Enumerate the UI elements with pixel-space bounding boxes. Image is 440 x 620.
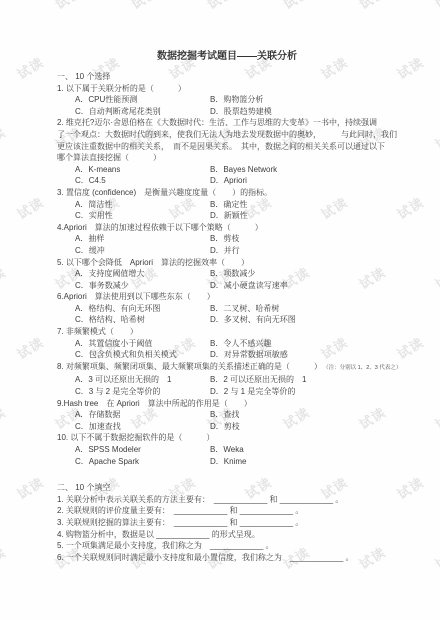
question-stem: 10. 以下不属于数据挖掘软件的是（ ） (57, 432, 397, 444)
option-row: C．实用性 D．新颖性 (57, 210, 397, 222)
question-stem: 更应该注重数据中的相关关系， 而不是因果关系。 其中，数据之间的相关关系可以通过… (57, 141, 397, 153)
watermark-text: 试读 (0, 542, 9, 573)
option-d: D．对异常数据项敏感 (210, 349, 397, 361)
watermark-text: 试读 (13, 192, 47, 223)
option-b: B．购物篮分析 (210, 94, 397, 106)
question-9: 9.Hash tree 在 Apriori 算法中所起的作用是（ ） A．存储数… (57, 398, 397, 433)
option-row: A．K-means B．Bayes Network (57, 164, 397, 176)
question-stem: 7. 非频繁模式（ ） (57, 326, 397, 338)
option-row: A．格结构、有向无环图 B．二叉树、哈希树 (57, 303, 397, 315)
option-b: B．项数减少 (210, 268, 397, 280)
question-3: 3. 置信度 (confidence) 是衡量兴趣度度量（ ）的指标。 A．简洁… (57, 187, 397, 222)
option-row: A．支持度阈值增大 B．项数减少 (57, 268, 397, 280)
fill-item-6: 6. 一个关联规则同时满足最小支持度和最小置信度，我们称之为 _________… (57, 552, 397, 564)
question-stem: 1. 以下属于关联分析的是（ ） (57, 83, 397, 95)
question-4: 4.Apriori 算法的加速过程依赖于以下哪个策略（ ） A．抽样 B．剪枝 … (57, 222, 397, 257)
question-2: 2. 维克托?迈尔·舍恩伯格在《大数据时代：生活、工作与思维的大变革》一书中，持… (57, 117, 397, 187)
watermark-text: 试读 (355, 0, 389, 13)
option-row: A．抽样 B．剪枝 (57, 233, 397, 245)
watermark-text: 试读 (203, 0, 237, 13)
option-a: A．简洁性 (75, 199, 210, 211)
watermark-text: 试读 (431, 122, 440, 153)
option-b: B．令人不感兴趣 (210, 338, 397, 350)
question-stem: 9.Hash tree 在 Apriori 算法中所起的作用是（ ） (57, 398, 397, 410)
option-d: D．多叉树、有向无环图 (210, 314, 397, 326)
section-heading-blank: 二、 10 个填空 (57, 482, 397, 494)
question-stem: 6.Apriori 算法使用到以下哪些东东（ ） (57, 291, 397, 303)
option-c: C．缓冲 (75, 245, 210, 257)
question-6: 6.Apriori 算法使用到以下哪些东东（ ） A．格结构、有向无环图 B．二… (57, 291, 397, 326)
option-row: C．事务数减少 D．减小硬盘读写速率 (57, 280, 397, 292)
option-d: D．Knime (210, 456, 397, 468)
watermark-text: 试读 (431, 542, 440, 573)
watermark-text: 试读 (393, 332, 427, 363)
option-b: B．Bayes Network (210, 164, 397, 176)
option-b: B．剪枝 (210, 233, 397, 245)
option-b: B．查找 (210, 409, 397, 421)
option-row: C．包含负模式和负相关模式 D．对异常数据项敏感 (57, 349, 397, 361)
fill-item-5: 5. 一个项集满足最小支持度，我们称之为 ____________ 。 (57, 540, 397, 552)
option-c: C．Apache Spark (75, 456, 210, 468)
option-a: A．支持度阈值增大 (75, 268, 210, 280)
option-d: D．股票趋势建模 (210, 106, 397, 118)
watermark-text: 试读 (0, 262, 9, 293)
option-c: C．C4.5 (75, 175, 210, 187)
question-stem: 4.Apriori 算法的加速过程依赖于以下哪个策略（ ） (57, 222, 397, 234)
watermark-text: 试读 (0, 122, 9, 153)
option-row: A．简洁性 B．确定性 (57, 199, 397, 211)
question-5: 5. 以下哪个会降低 Apriori 算法的挖掘效率（ ） A．支持度阈值增大 … (57, 257, 397, 292)
option-row: A．CPU性能预测 B．购物篮分析 (57, 94, 397, 106)
watermark-text: 试读 (279, 0, 313, 13)
question-note: （注：分别以 1、2、3 代表之） (326, 365, 401, 371)
question-stem: 3. 置信度 (confidence) 是衡量兴趣度度量（ ）的指标。 (57, 187, 397, 199)
question-stem: 哪个算法直接挖掘（ ） (57, 152, 397, 164)
option-c: C．自动判断鸢尾花类别 (75, 106, 210, 118)
option-b: B．2 可以还原出无损的 1 (210, 374, 397, 386)
option-d: D．新颖性 (210, 210, 397, 222)
option-row: C．自动判断鸢尾花类别 D．股票趋势建模 (57, 106, 397, 118)
option-c: C．包含负模式和负相关模式 (75, 349, 210, 361)
watermark-text: 试读 (393, 52, 427, 83)
option-row: A．SPSS Modeler B．Weka (57, 444, 397, 456)
option-a: A．SPSS Modeler (75, 444, 210, 456)
fill-item-3: 3. 关联规则挖掘的算法主要有： ____________ 和 ________… (57, 517, 397, 529)
question-7: 7. 非频繁模式（ ） A．其置信度小于阈值 B．令人不感兴趣 C．包含负模式和… (57, 326, 397, 361)
watermark-text: 试读 (431, 262, 440, 293)
watermark-text: 试读 (127, 0, 161, 13)
watermark-text: 试读 (13, 332, 47, 363)
watermark-text: 试读 (0, 402, 9, 433)
option-row: C．3 与 2 是完全等价的 D．2 与 1 是完全等价的 (57, 386, 397, 398)
option-a: A．存储数据 (75, 409, 210, 421)
section-heading-choice: 一、 10 个选择 (57, 71, 397, 83)
option-a: A．格结构、有向无环图 (75, 303, 210, 315)
question-1: 1. 以下属于关联分析的是（ ） A．CPU性能预测 B．购物篮分析 C．自动判… (57, 83, 397, 118)
option-row: A．其置信度小于阈值 B．令人不感兴趣 (57, 338, 397, 350)
option-c: C．事务数减少 (75, 280, 210, 292)
option-b: B．Weka (210, 444, 397, 456)
option-row: C．Apache Spark D．Knime (57, 456, 397, 468)
option-a: A．抽样 (75, 233, 210, 245)
document-page: 试读试读试读试读试读试读试读试读试读试读试读试读试读试读试读试读试读试读试读试读… (0, 0, 440, 620)
option-row: A．存储数据 B．查找 (57, 409, 397, 421)
option-row: C．加速查找 D．剪枝 (57, 421, 397, 433)
watermark-text: 试读 (393, 472, 427, 503)
watermark-text: 试读 (13, 472, 47, 503)
option-d: D．Apriori (210, 175, 397, 187)
document-content: 数据挖掘考试题目——关联分析 一、 10 个选择 1. 以下属于关联分析的是（ … (57, 50, 397, 563)
watermark-text: 试读 (51, 0, 85, 13)
option-d: D．减小硬盘读写速率 (210, 280, 397, 292)
option-a: A．3 可以还原出无损的 1 (75, 374, 210, 386)
fill-item-2: 2. 关联规则的评价度量主要有： ____________ 和 ________… (57, 505, 397, 517)
option-c: C．实用性 (75, 210, 210, 222)
option-row: A．3 可以还原出无损的 1 B．2 可以还原出无损的 1 (57, 374, 397, 386)
option-a: A．其置信度小于阈值 (75, 338, 210, 350)
option-c: C．3 与 2 是完全等价的 (75, 386, 210, 398)
watermark-text: 试读 (431, 0, 440, 13)
option-a: A．CPU性能预测 (75, 94, 210, 106)
option-d: D．剪枝 (210, 421, 397, 433)
option-row: C．缓冲 D．并行 (57, 245, 397, 257)
question-stem: 5. 以下哪个会降低 Apriori 算法的挖掘效率（ ） (57, 257, 397, 269)
watermark-text: 试读 (13, 52, 47, 83)
question-stem: 了一个观点：大数据时代的到来，使我们无法人为地去发现数据中的奥妙， 与此同时，我… (57, 129, 397, 141)
question-stem: 8. 对频繁项集、频繁闭项集、最大频繁项集的关系描述正确的是（ ）（注：分别以 … (57, 361, 397, 375)
option-d: D．2 与 1 是完全等价的 (210, 386, 397, 398)
question-10: 10. 以下不属于数据挖掘软件的是（ ） A．SPSS Modeler B．We… (57, 432, 397, 467)
watermark-text: 试读 (0, 0, 9, 13)
page-title: 数据挖掘考试题目——关联分析 (57, 50, 397, 63)
option-d: D．并行 (210, 245, 397, 257)
question-stem: 2. 维克托?迈尔·舍恩伯格在《大数据时代：生活、工作与思维的大变革》一书中，持… (57, 117, 397, 129)
option-row: C．格结构、哈希树 D．多叉树、有向无环图 (57, 314, 397, 326)
option-a: A．K-means (75, 164, 210, 176)
watermark-text: 试读 (431, 402, 440, 433)
watermark-text: 试读 (393, 192, 427, 223)
question-stem-text: 8. 对频繁项集、频繁闭项集、最大频繁项集的关系描述正确的是（ ） (57, 362, 322, 371)
option-c: C．加速查找 (75, 421, 210, 433)
fill-item-1: 1. 关联分析中表示关联关系的方法主要有： ____________ 和 ___… (57, 494, 397, 506)
question-8: 8. 对频繁项集、频繁闭项集、最大频繁项集的关系描述正确的是（ ）（注：分别以 … (57, 361, 397, 398)
fill-item-4: 4. 购物篮分析中，数据是以 ____________ 的形式呈现。 (57, 529, 397, 541)
option-b: B．二叉树、哈希树 (210, 303, 397, 315)
option-c: C．格结构、哈希树 (75, 314, 210, 326)
option-b: B．确定性 (210, 199, 397, 211)
option-row: C．C4.5 D．Apriori (57, 175, 397, 187)
